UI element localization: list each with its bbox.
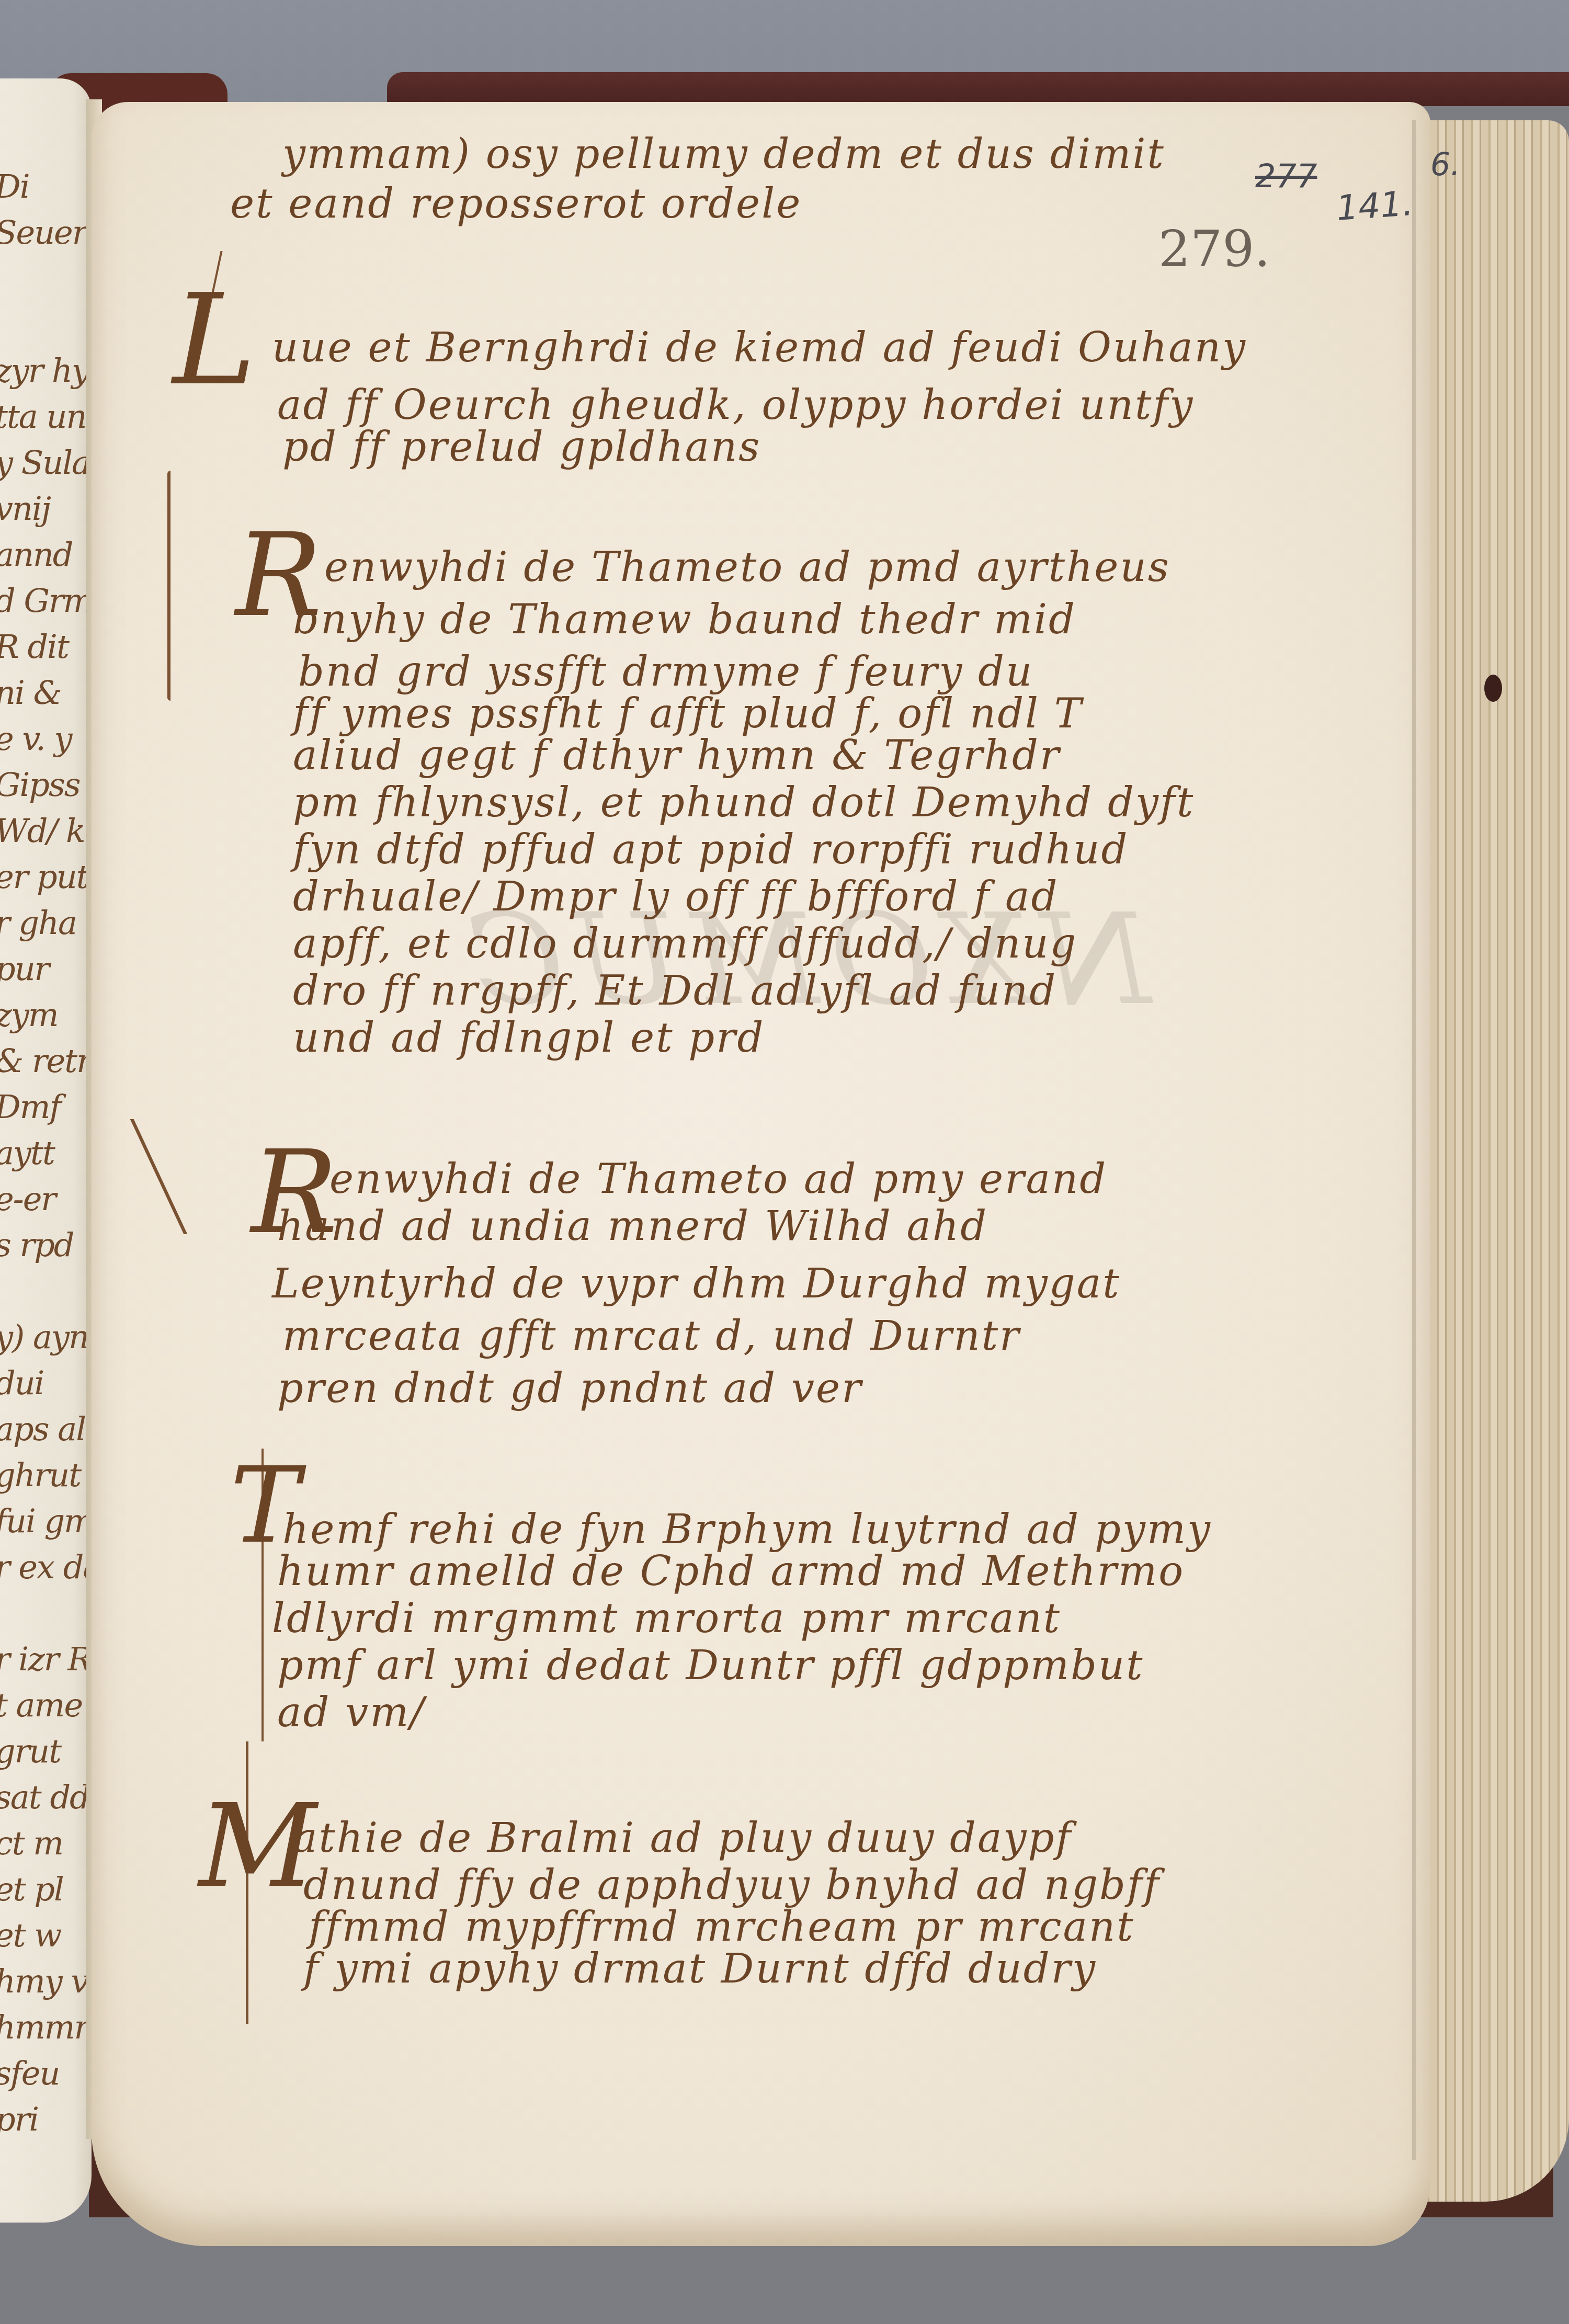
folio-number-edge: 6.	[1430, 146, 1460, 183]
folio-number-struck: 277	[1255, 157, 1317, 195]
entry-1-line-0: uue et Bernghrdi de kiemd ad feudi Ouhan…	[272, 324, 1247, 371]
left-page-line: Di	[0, 167, 29, 206]
entry-4-line-1: humr amelld de Cphd armd md Methrmo	[277, 1548, 1185, 1595]
folio-number-ink: 279.	[1158, 220, 1270, 278]
left-page-line: aytt	[0, 1134, 54, 1172]
left-page-line: zym	[0, 996, 58, 1034]
left-page-line: aps al	[0, 1410, 85, 1448]
entry-3-line-3: mrceata gfft mrcat d, und Durntr	[282, 1313, 1020, 1360]
left-page-line: y) aynt	[0, 1318, 92, 1356]
left-page-line: y Sula	[0, 443, 90, 482]
left-page-line: fui gm	[0, 1502, 92, 1540]
fore-edge-page-stack	[1412, 120, 1569, 2202]
entry-5-line-1: dnund ffy de apphdyuy bnyhd ad ngbff	[303, 1862, 1161, 1909]
entry-2-line-10: und ad fdlngpl et prd	[293, 1015, 765, 1062]
page-edge-fold	[1412, 120, 1416, 2160]
entry-4-line-0: hemf rehi de fyn Brphym luytrnd ad pymy	[282, 1506, 1212, 1553]
entry-1-line-2: pd ff prelud gpldhans	[282, 424, 761, 471]
left-page-line: grut	[0, 1732, 61, 1770]
entry-2-line-9: dro ff nrgpff, Et Ddl adlyfl ad fund	[293, 967, 1057, 1015]
entry-2-line-7: drhuale/ Dmpr ly off ff bffford f ad	[293, 873, 1059, 920]
entry-3-line-4: pren dndt gd pndnt ad ver	[277, 1365, 863, 1412]
left-page-line: r izr Ry	[0, 1640, 92, 1678]
entry-5-line-0: athie de Bralmi ad pluy duuy daypf	[293, 1815, 1072, 1862]
left-page-line: sfeu	[0, 2054, 59, 2092]
entry-2-initial-flourish	[167, 471, 170, 701]
left-page-line: e v. y	[0, 720, 72, 758]
entry-2-line-3: ff ymes pssfht f afft plud f, ofl ndl T	[293, 690, 1083, 737]
entry-4-line-3: pmf arl ymi dedat Duntr pffl gdppmbut	[277, 1642, 1144, 1689]
left-page-line: pur	[0, 950, 49, 988]
entry-2-line-4: aliud gegt f dthyr hymn & Tegrhdr	[293, 732, 1061, 779]
entry-5-line-3: f ymi apyhy drmat Durnt dffd dudry	[303, 1945, 1097, 1992]
left-page-line: dui	[0, 1364, 43, 1402]
entry-0-line-1: et eand reposserot ordele	[230, 180, 802, 227]
left-page-line: e-er	[0, 1180, 55, 1218]
left-page-line: ct m	[0, 1824, 63, 1862]
entry-2-line-0: enwyhdi de Thameto ad pmd ayrtheus	[324, 544, 1170, 591]
left-page-line: tta uns	[0, 397, 92, 436]
entry-3-line-2: Leyntyrhd de vypr dhm Durghd mygat	[272, 1260, 1121, 1307]
entry-1-initial: L	[173, 277, 256, 403]
left-page-line: ni &	[0, 674, 61, 712]
entry-1-line-1: ad ff Oeurch gheudk, olyppy hordei untfy	[277, 382, 1194, 429]
left-page-line: d Grms	[0, 582, 92, 620]
left-page-line: hmy vat	[0, 1962, 92, 2000]
entry-2-line-6: fyn dtfd pffud apt ppid rorpffi rudhud	[293, 826, 1129, 873]
left-page-line: vnij	[0, 489, 50, 528]
left-page-line: sat dd	[0, 1778, 89, 1816]
left-page-line: & retru	[0, 1042, 92, 1080]
entry-2-line-5: pm fhlynsysl, et phund dotl Demyhd dyft	[293, 779, 1195, 826]
left-page-line: Gipss	[0, 766, 80, 804]
left-page-line: er put	[0, 858, 88, 896]
entry-2-line-8: apff, et cdlo durmmff dffudd,/ dnug	[293, 920, 1077, 967]
left-page-line: s rpd	[0, 1226, 74, 1264]
left-page-line: pri	[0, 2100, 38, 2138]
left-page-line: Wd/ kcg	[0, 812, 92, 850]
left-page-line: r gha	[0, 904, 76, 942]
entry-4-line-2: ldlyrdi mrgmmt mrorta pmr mrcant	[272, 1595, 1061, 1642]
worm-hole-stain	[1484, 675, 1502, 702]
entry-3-line-1: hand ad undia mnerd Wilhd ahd	[277, 1203, 988, 1250]
left-page-line: annd	[0, 536, 73, 574]
left-page-line: zyr hy	[0, 351, 89, 390]
folio-number-pencil: 141.	[1335, 183, 1414, 229]
entry-0-line-0: ymmam) osy pellumy dedm et dus dimit	[282, 131, 1165, 178]
left-page-line: et pl	[0, 1870, 63, 1908]
left-facing-page: DiSeuernzyr hytta unsy Sulavnijanndd Grm…	[0, 78, 92, 2223]
entry-2-line-2: bnd grd yssfft drmyme f feury du	[298, 648, 1033, 696]
left-page-line: ghrut	[0, 1456, 81, 1494]
left-page-line: t ame	[0, 1686, 82, 1724]
left-page-line: Dmf	[0, 1088, 60, 1126]
left-page-line: hmmn	[0, 2008, 92, 2046]
left-page-line: Seuern	[0, 213, 92, 252]
left-page-line: r ex dat	[0, 1548, 92, 1586]
left-page-line: et w	[0, 1916, 61, 1954]
leather-binding-top-edge	[387, 72, 1569, 106]
left-page-line: R dit	[0, 628, 69, 666]
entry-3-line-0: enwyhdi de Thameto ad pmy erand	[329, 1156, 1107, 1203]
entry-2-line-1: bnyhy de Thamew baund thedr mid	[293, 596, 1076, 643]
entry-4-line-4: ad vm/	[277, 1689, 426, 1736]
entry-5-line-2: ffmmd mypffrmd mrcheam pr mrcant	[309, 1904, 1135, 1951]
